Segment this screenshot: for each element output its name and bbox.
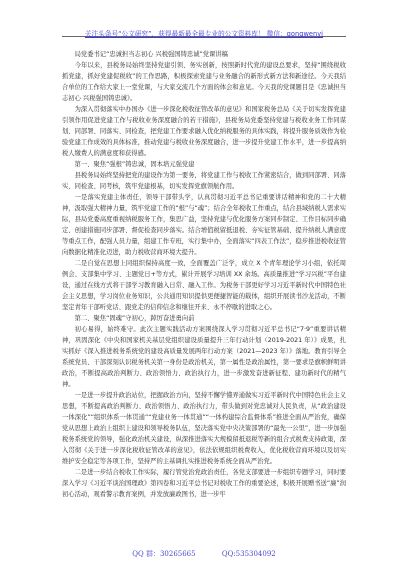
promo-header: 关注头条号“公文研究”，获得最新最全最专业的公文资料库！ 微信：gongweny…: [62, 26, 346, 37]
paragraph: 初心易得，始终难守。此次主题实践活动方案围绕深入学习贯彻习近平总书记“7·9”重…: [62, 324, 346, 390]
paragraph: 二是自觉在思想上同组织保持高度一致，全面覆盖广泛学，成立 X 个青年理论学习小组…: [62, 258, 346, 313]
paragraph: 今年以来，县税务局始终坚持党建引领、务实创新，按照新时代党的建设总要求，坚持“围…: [62, 60, 346, 104]
paragraph: 县税务局始终坚持把党的建设作为第一要务，将党建工作与税收工作紧密结合，做到同部署…: [62, 170, 346, 192]
paragraph: 一是进一步提升政治站位，把握政治方向，坚持不懈学懂弄通做实习近平新时代中国特色社…: [62, 390, 346, 467]
qq-number: QQ:535304092: [222, 550, 276, 558]
contact-footer: QQ 群：30265665 QQ:535304092: [0, 549, 408, 559]
paragraph: 为深入贯彻落实中办国办《进一步深化税收征管改革的意见》和国家税务总局《关于切实发…: [62, 104, 346, 159]
document-page: 关注头条号“公文研究”，获得最新最全最专业的公文资料库！ 微信：gongweny…: [0, 0, 408, 580]
qq-group-number: QQ 群：30265665: [132, 549, 195, 559]
paragraph: 二是进一步结合税收工作实际，履行管党治党政治责任，各党支部要进一步组织专题学习，…: [62, 467, 346, 500]
section-heading: 第一、聚焦“强根”铸忠诚，固本培元强党建: [62, 159, 346, 170]
section-heading: 第二、聚焦“固魂”守初心，踔厉奋进勇向前: [62, 313, 346, 324]
document-title: 局党委书记“忠诚担当志初心 兴税强国铸忠诚”党课讲稿: [62, 49, 346, 60]
paragraph: 一是落实党建主体责任，领导干部带头学，认真贯彻习近平总书记重要讲话精神和党的二十…: [62, 192, 346, 258]
document-body: 局党委书记“忠诚担当志初心 兴税强国铸忠诚”党课讲稿 今年以来，县税务局始终坚持…: [62, 49, 346, 500]
promo-link[interactable]: 关注头条号“公文研究”，获得最新最全最专业的公文资料库！ 微信：gongweny…: [85, 30, 323, 38]
